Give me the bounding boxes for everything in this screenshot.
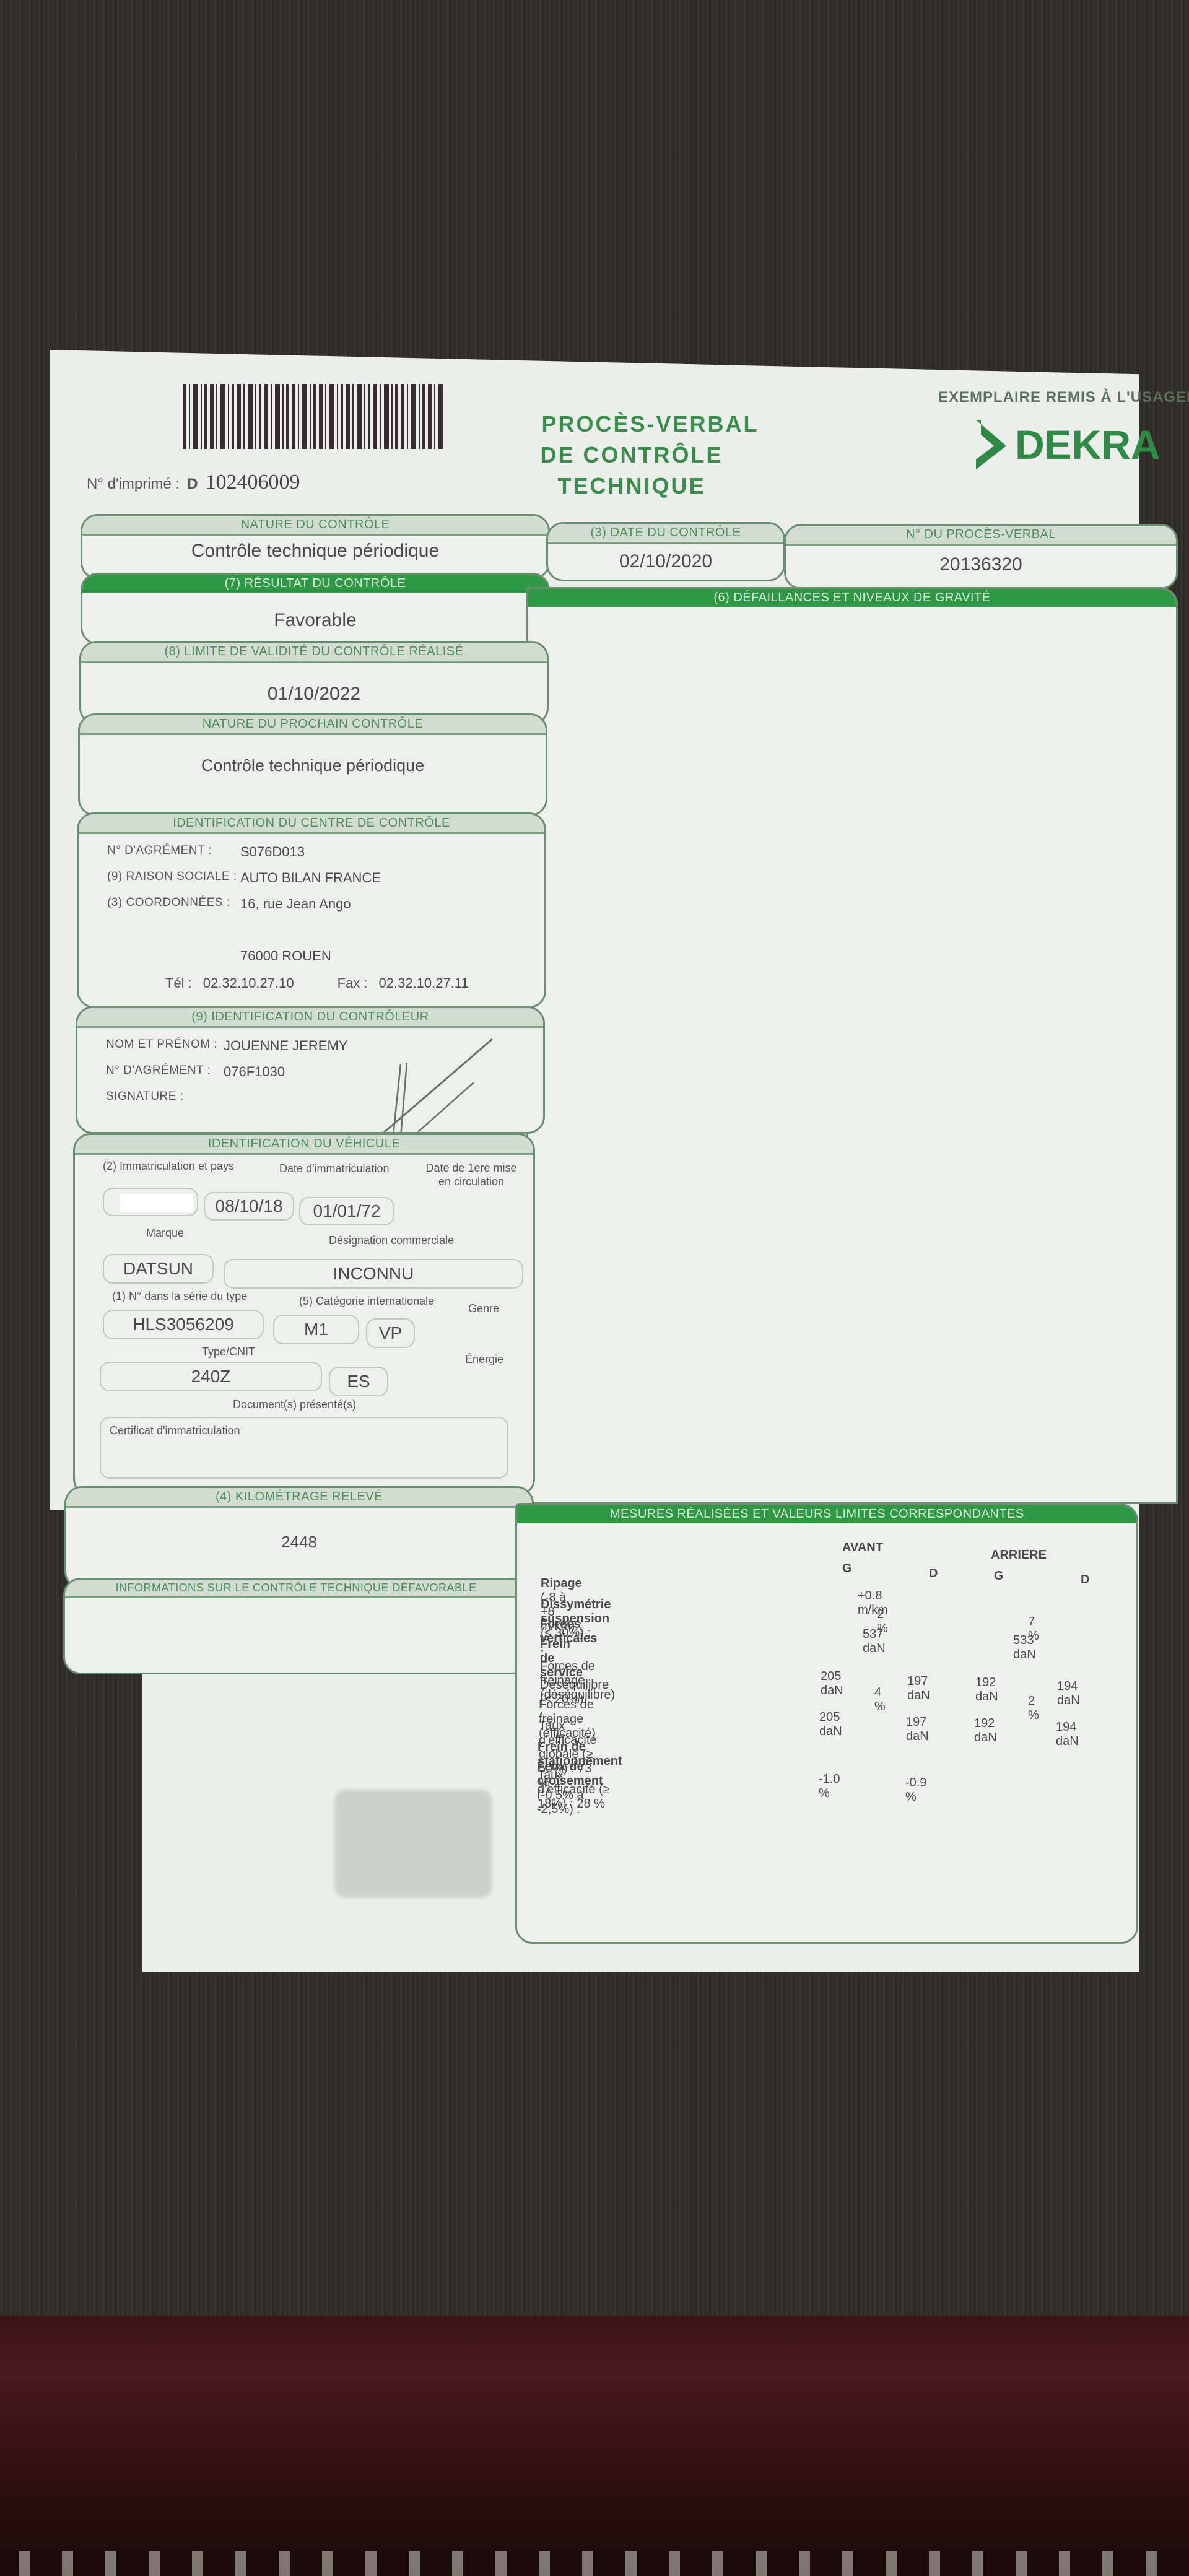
date-circ-value: 01/01/72: [299, 1197, 394, 1225]
centre-tel-label: Tél :: [165, 975, 192, 991]
vehicule-date-circ-label: Date de 1ere mise en circulation: [419, 1161, 524, 1188]
avant-g-header: G: [842, 1562, 852, 1576]
print-number-label: N° d'imprimé :: [87, 476, 180, 492]
forces-eff-arriere-d: 194 daN: [1056, 1720, 1079, 1749]
energie-value: ES: [329, 1367, 388, 1396]
controleur-nom-label: NOM ET PRÉNOM :: [106, 1038, 224, 1054]
prochain-controle-box: NATURE DU PROCHAIN CONTRÔLE Contrôle tec…: [78, 713, 547, 816]
limite-validite-value: 01/10/2022: [81, 663, 547, 705]
forces-eff-avant-g: 205 daN: [819, 1710, 842, 1739]
date-controle-value: 02/10/2020: [548, 544, 783, 572]
forces-verticales-avant: 537 daN: [863, 1627, 886, 1656]
mesures-arriere-header: ARRIERE: [991, 1548, 1047, 1562]
resultat-header: (7) RÉSULTAT DU CONTRÔLE: [82, 575, 548, 593]
controleur-agrement-label: N° D'AGRÉMENT :: [106, 1064, 224, 1080]
marque-value: DATSUN: [103, 1254, 214, 1284]
nature-controle-box: NATURE DU CONTRÔLE Contrôle technique pé…: [81, 514, 550, 580]
print-number-value: 102406009: [206, 471, 300, 494]
rug-fringe: [0, 2551, 1189, 2576]
print-number-prefix: D: [187, 476, 198, 492]
controleur-agrement-value: 076F1030: [224, 1064, 285, 1080]
defaillances-header: (6) DÉFAILLANCES ET NIVEAUX DE GRAVITÉ: [528, 589, 1176, 607]
prochain-controle-value: Contrôle technique périodique: [80, 735, 546, 775]
centre-agrement-value: S076D013: [240, 844, 305, 860]
serie-value: HLS3056209: [103, 1310, 264, 1339]
forces-deseq-avant-g: 205 daN: [821, 1669, 843, 1698]
mesures-header: MESURES RÉALISÉES ET VALEURS LIMITES COR…: [517, 1505, 1136, 1523]
designation-value: INCONNU: [224, 1259, 523, 1289]
numero-pv-box: N° DU PROCÈS-VERBAL 20136320: [784, 524, 1178, 590]
type-label: Type/CNIT: [202, 1346, 255, 1359]
signature-scribble: [362, 1027, 545, 1134]
vehicule-date-immat-label: Date d'immatriculation: [279, 1162, 390, 1175]
energie-label: Énergie: [465, 1353, 503, 1366]
centre-header: IDENTIFICATION DU CENTRE DE CONTRÔLE: [79, 814, 544, 834]
centre-controle-box: IDENTIFICATION DU CENTRE DE CONTRÔLE N° …: [77, 812, 546, 1008]
forces-eff-arriere-g: 192 daN: [974, 1717, 997, 1745]
nature-controle-value: Contrôle technique périodique: [82, 536, 548, 562]
hologram-sticker: [334, 1790, 492, 1898]
forces-deseq-arriere-d: 194 daN: [1057, 1679, 1080, 1708]
controleur-box: (9) IDENTIFICATION DU CONTRÔLEUR NOM ET …: [76, 1006, 545, 1134]
marque-label: Marque: [146, 1227, 184, 1240]
deseq-arriere-value: 2 %: [1028, 1694, 1039, 1723]
date-controle-box: (3) DATE DU CONTRÔLE 02/10/2020: [546, 522, 785, 581]
documents-label: Document(s) présenté(s): [233, 1398, 356, 1411]
logo-text: DEKRA: [1015, 421, 1161, 468]
centre-raison-value: AUTO BILAN FRANCE: [240, 870, 381, 886]
centre-raison-label: (9) RAISON SOCIALE :: [107, 870, 240, 886]
centre-agrement-label: N° D'AGRÉMENT :: [107, 844, 240, 860]
limite-validite-header: (8) LIMITE DE VALIDITÉ DU CONTRÔLE RÉALI…: [81, 643, 547, 663]
dekra-chevron-logo-icon: [972, 420, 1006, 469]
resultat-box: (7) RÉSULTAT DU CONTRÔLE Favorable: [81, 573, 550, 645]
date-immat-value: 08/10/18: [204, 1192, 294, 1221]
controleur-header: (9) IDENTIFICATION DU CONTRÔLEUR: [77, 1008, 543, 1028]
numero-pv-header: N° DU PROCÈS-VERBAL: [786, 526, 1176, 546]
ripage-label: Ripage: [541, 1577, 582, 1590]
centre-fax-value: 02.32.10.27.11: [379, 975, 469, 991]
arriere-d-header: D: [1081, 1573, 1089, 1587]
categorie-value: M1: [273, 1315, 359, 1344]
centre-coord-label: (3) COORDONNÉES :: [107, 896, 240, 912]
infos-defavorable-box: INFORMATIONS SUR LE CONTRÔLE TECHNIQUE D…: [63, 1578, 529, 1674]
page-title: PROCÈS-VERBAL DE CONTRÔLE TECHNIQUE: [464, 409, 799, 502]
designation-label: Désignation commerciale: [329, 1234, 454, 1247]
copy-label: EXEMPLAIRE REMIS À L'USAGER: [938, 389, 1189, 406]
nature-controle-header: NATURE DU CONTRÔLE: [82, 516, 548, 536]
background-rug: [0, 2316, 1189, 2576]
dekra-logo: DEKRA: [972, 420, 1161, 469]
prochain-controle-header: NATURE DU PROCHAIN CONTRÔLE: [80, 715, 546, 735]
limite-validite-box: (8) LIMITE DE VALIDITÉ DU CONTRÔLE RÉALI…: [79, 641, 549, 725]
centre-fax-label: Fax :: [338, 975, 368, 991]
vehicule-header: IDENTIFICATION DU VÉHICULE: [75, 1135, 533, 1155]
centre-address: 16, rue Jean Ango: [240, 896, 351, 912]
immat-field: [103, 1188, 198, 1216]
centre-tel-value: 02.32.10.27.10: [203, 975, 294, 991]
feux-croisement-limit: (-0,5% à -2,5%) :: [537, 1788, 584, 1816]
categorie-label: (5) Catégorie internationale: [299, 1295, 434, 1308]
feux-croisement-label: Feux de croisement: [537, 1760, 603, 1788]
type-value: 240Z: [100, 1362, 322, 1391]
forces-deseq-arriere-g: 192 daN: [975, 1676, 998, 1704]
controleur-nom-value: JOUENNE JEREMY: [224, 1038, 347, 1054]
date-controle-header: (3) DATE DU CONTRÔLE: [548, 524, 783, 544]
print-number: N° d'imprimé :D102406009: [87, 471, 300, 494]
numero-pv-value: 20136320: [786, 546, 1176, 575]
resultat-value: Favorable: [82, 593, 548, 631]
genre-label: Genre: [468, 1302, 499, 1315]
controleur-signature-label: SIGNATURE :: [106, 1090, 239, 1103]
serie-label: (1) N° dans la série du type: [112, 1290, 247, 1303]
arriere-g-header: G: [994, 1569, 1004, 1583]
kilometrage-header: (4) KILOMÉTRAGE RELEVÉ: [66, 1488, 532, 1508]
feux-croisement-d: -0.9 %: [905, 1776, 926, 1804]
kilometrage-value: 2448: [66, 1508, 532, 1552]
documents-value: Certificat d'immatriculation: [100, 1417, 508, 1479]
feux-croisement-g: -1.0 %: [819, 1772, 840, 1801]
forces-verticales-arriere: 533 daN: [1013, 1634, 1036, 1662]
barcode: [183, 384, 443, 449]
immat-redacted: [120, 1194, 193, 1212]
centre-city: 76000 ROUEN: [240, 948, 331, 964]
deseq-avant-value: 4 %: [874, 1686, 886, 1714]
avant-d-header: D: [929, 1567, 938, 1581]
vehicule-box: IDENTIFICATION DU VÉHICULE (2) Immatricu…: [73, 1133, 535, 1496]
title-line-1: PROCÈS-VERBAL: [464, 409, 799, 440]
defaillances-box: (6) DÉFAILLANCES ET NIVEAUX DE GRAVITÉ: [526, 587, 1178, 1504]
title-line-2: DE CONTRÔLE TECHNIQUE: [464, 440, 799, 502]
genre-value: VP: [366, 1318, 415, 1348]
forces-eff-avant-d: 197 daN: [906, 1715, 929, 1744]
vehicule-immat-label: (2) Immatriculation et pays: [103, 1160, 234, 1173]
forces-deseq-avant-d: 197 daN: [907, 1674, 930, 1703]
kilometrage-box: (4) KILOMÉTRAGE RELEVÉ 2448: [64, 1486, 534, 1589]
mesures-avant-header: AVANT: [842, 1541, 883, 1555]
infos-defavorable-header: INFORMATIONS SUR LE CONTRÔLE TECHNIQUE D…: [65, 1580, 527, 1598]
